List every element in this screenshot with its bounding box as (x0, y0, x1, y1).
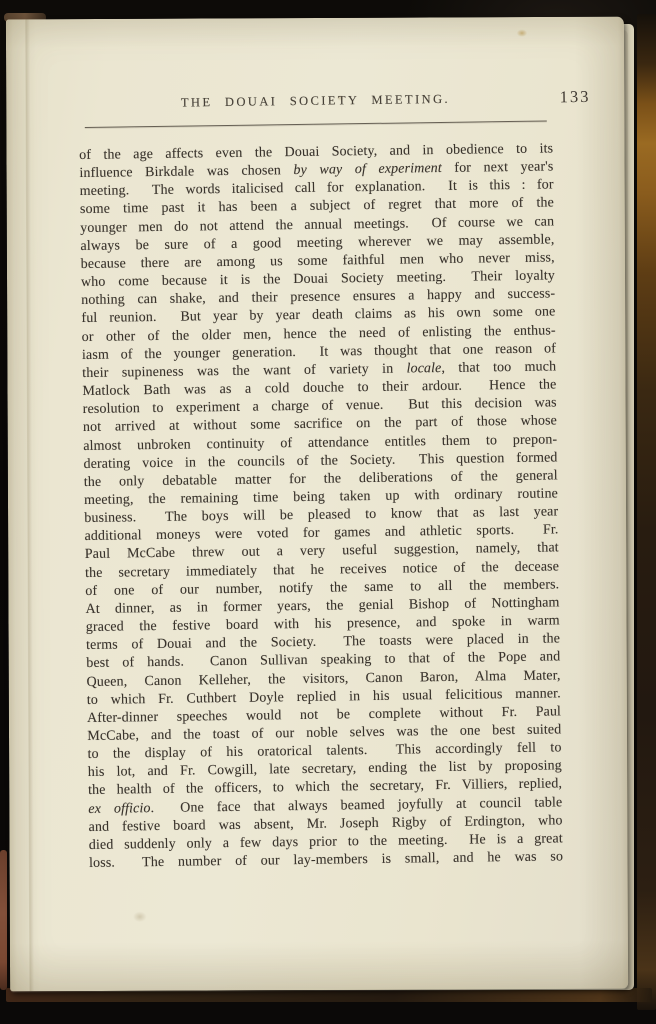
text-segment: for next year's (442, 160, 554, 177)
book-cover-edge (637, 14, 656, 1010)
italic-text-segment: by way of experiment (293, 161, 442, 178)
printed-content: THE DOUAI SOCIETY MEETING. 133 of the ag… (78, 72, 563, 873)
book-page: THE DOUAI SOCIETY MEETING. 133 of the ag… (6, 17, 628, 992)
page-number: 133 (560, 87, 591, 107)
body-text: of the age affects even the Douai Societ… (79, 140, 563, 873)
text-segment: their supineness was the want of variety… (82, 361, 406, 381)
running-head-title: THE DOUAI SOCIETY MEETING. (78, 90, 552, 112)
photo-background: THE DOUAI SOCIETY MEETING. 133 of the ag… (0, 0, 656, 1024)
italic-text-segment: ex officio (88, 801, 150, 817)
text-segment: , that too much (441, 359, 556, 376)
header-rule (85, 120, 547, 127)
running-head: THE DOUAI SOCIETY MEETING. 133 (78, 90, 552, 117)
text-segment: influence Birkdale was chosen (79, 163, 293, 181)
italic-text-segment: locale (406, 361, 441, 376)
spine-edge-bottom (0, 850, 7, 990)
